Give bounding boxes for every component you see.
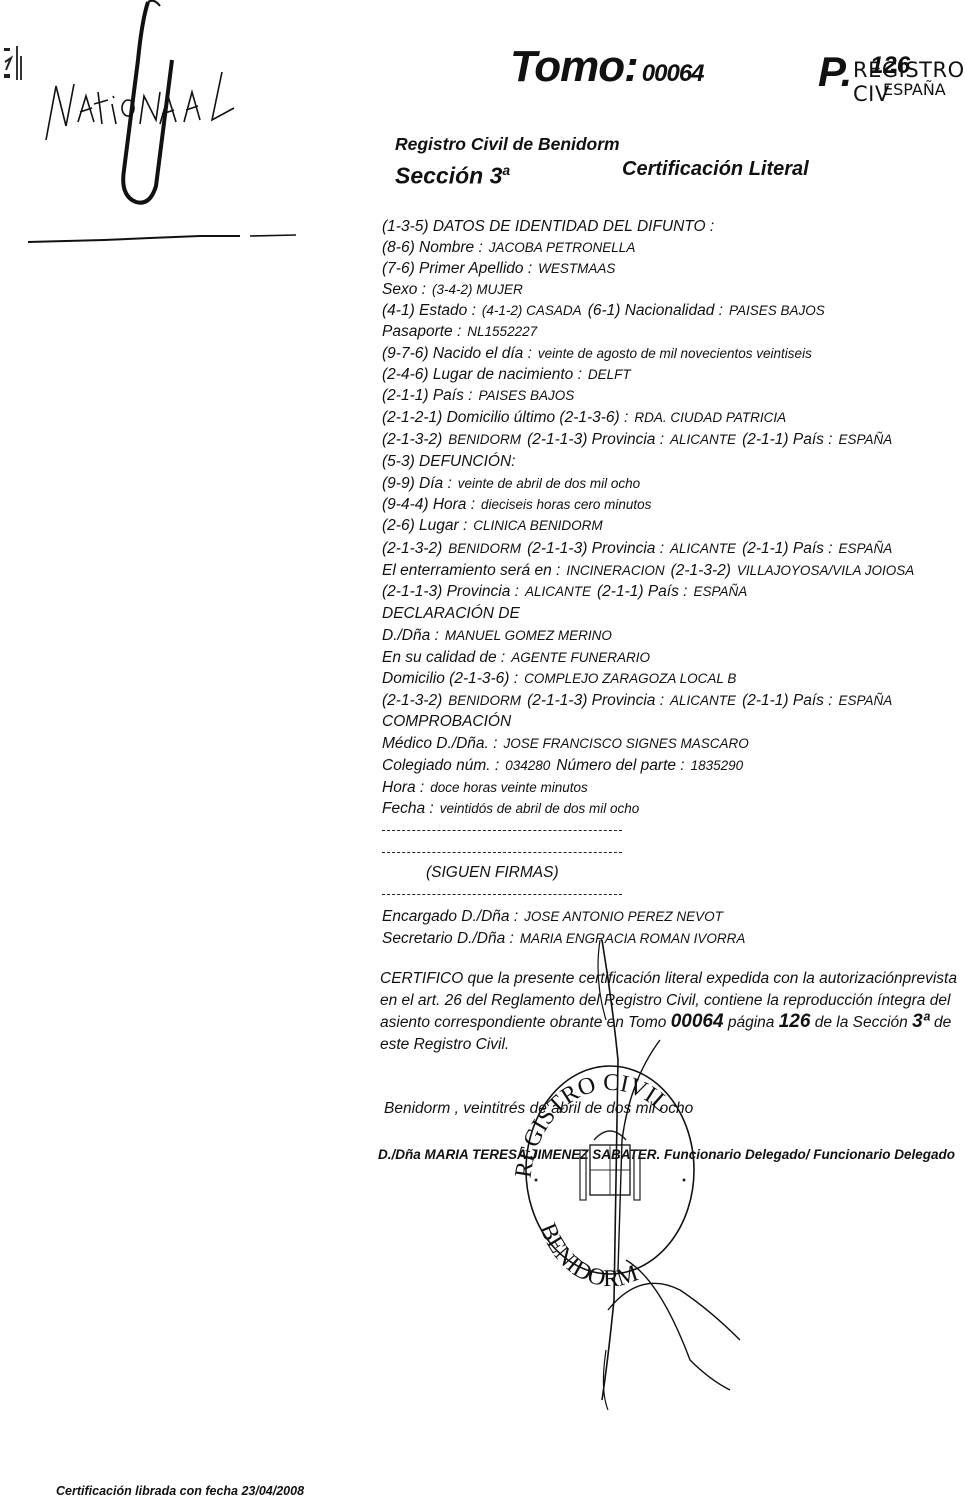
pais-label: (2-1-1) País : xyxy=(382,387,472,404)
domicilio-value: COMPLEJO ZARAGOZA LOCAL B xyxy=(524,671,736,686)
lugar-nac-label: (2-4-6) Lugar de nacimiento : xyxy=(382,366,582,383)
defuncion-municipio-row: (2-1-3-2)BENIDORM(2-1-1-3) Provincia :AL… xyxy=(382,540,892,558)
enterramiento-label: El enterramiento será en : xyxy=(382,562,560,579)
nombre-row: (8-6) Nombre :JACOBA PETRONELLA xyxy=(382,239,635,257)
official-stamp: REGISTRO CIVIL BENIDORM xyxy=(490,940,750,1420)
dashed-divider xyxy=(382,830,622,831)
certifico-text: de la Sección xyxy=(810,1014,912,1031)
parte-value: 1835290 xyxy=(691,758,744,773)
domicilio-row: (2-1-2-1) Domicilio último (2-1-3-6) :RD… xyxy=(382,409,786,427)
pasaporte-value: NL1552227 xyxy=(467,324,537,339)
nacido-row: (9-7-6) Nacido el día :veinte de agosto … xyxy=(382,345,812,363)
pais-value: PAISES BAJOS xyxy=(478,388,574,403)
domicilio-value: RDA. CIUDAD PATRICIA xyxy=(634,410,786,425)
pais-row: (2-1-1) País :PAISES BAJOS xyxy=(382,387,574,405)
pais2-value: ESPAÑA xyxy=(839,432,893,447)
lugar-nacimiento-row: (2-4-6) Lugar de nacimiento :DELFT xyxy=(382,366,631,384)
certifico-pagina: 126 xyxy=(779,1011,811,1032)
municipio-code: (2-1-3-2) xyxy=(382,540,442,557)
certifico-seccion: 3ª xyxy=(912,1011,930,1032)
pais-value: ESPAÑA xyxy=(839,693,893,708)
municipio-value: BENIDORM xyxy=(448,693,521,708)
ent-municipio-code: (2-1-3-2) xyxy=(671,562,731,579)
pagina-label: P. xyxy=(818,48,852,95)
pasaporte-row: Pasaporte :NL1552227 xyxy=(382,323,537,341)
handwriting-icon xyxy=(0,0,320,250)
apellido-row: (7-6) Primer Apellido :WESTMAAS xyxy=(382,260,615,278)
declarante-domicilio-row: Domicilio (2-1-3-6) :COMPLEJO ZARAGOZA L… xyxy=(382,670,736,688)
difunto-heading: (1-3-5) DATOS DE IDENTIDAD DEL DIFUNTO : xyxy=(382,218,714,236)
footer-note: Certificación librada con fecha 23/04/20… xyxy=(56,1484,304,1498)
dashed-divider xyxy=(382,894,622,895)
defuncion-heading: (5-3) DEFUNCIÓN: xyxy=(382,453,515,471)
nacionalidad-label: (6-1) Nacionalidad : xyxy=(588,302,723,319)
colegiado-label: Colegiado núm. : xyxy=(382,757,499,774)
ent-pais-value: ESPAÑA xyxy=(693,584,747,599)
fecha-label: Fecha : xyxy=(382,800,434,817)
nombre-value: JACOBA PETRONELLA xyxy=(489,240,636,255)
apellido-value: WESTMAAS xyxy=(538,261,615,276)
sexo-value: (3-4-2) MUJER xyxy=(432,282,523,297)
dia-value: veinte de abril de dos mil ocho xyxy=(458,476,640,491)
lugar-label: (2-6) Lugar : xyxy=(382,517,467,534)
enterramiento-value: INCINERACION xyxy=(566,563,664,578)
provincia-label: (2-1-1-3) Provincia : xyxy=(527,431,664,448)
municipio-code: (2-1-3-2) xyxy=(382,431,442,448)
defuncion-lugar-row: (2-6) Lugar :CLINICA BENIDORM xyxy=(382,517,603,535)
stamp-seal-icon: REGISTRO CIVIL BENIDORM xyxy=(490,940,750,1420)
municipio-value: BENIDORM xyxy=(448,432,521,447)
nombre-label: (8-6) Nombre : xyxy=(382,239,483,256)
provincia-label: (2-1-1-3) Provincia : xyxy=(527,540,664,557)
hora-value: dieciseis horas cero minutos xyxy=(481,497,651,512)
encargado-label: Encargado D./Dña : xyxy=(382,908,518,925)
encargado-value: JOSE ANTONIO PEREZ NEVOT xyxy=(524,909,723,924)
sexo-row: Sexo :(3-4-2) MUJER xyxy=(382,281,523,299)
hora-value: doce horas veinte minutos xyxy=(430,780,588,795)
colegiado-value: 034280 xyxy=(505,758,550,773)
ent-pais-label: (2-1-1) País : xyxy=(597,583,687,600)
provincia-value: ALICANTE xyxy=(670,693,736,708)
ent-provincia-label: (2-1-1-3) Provincia : xyxy=(382,583,519,600)
municipio-value: BENIDORM xyxy=(448,541,521,556)
colegiado-row: Colegiado núm. :034280Número del parte :… xyxy=(382,757,743,775)
sexo-label: Sexo : xyxy=(382,281,426,298)
pais-label: (2-1-1) País : xyxy=(742,692,832,709)
apellido-label: (7-6) Primer Apellido : xyxy=(382,260,532,277)
ent-provincia-value: ALICANTE xyxy=(525,584,591,599)
estado-row: (4-1) Estado :(4-1-2) CASADA(6-1) Nacion… xyxy=(382,302,825,320)
declarante-row: D./Dña :MANUEL GOMEZ MERINO xyxy=(382,627,612,645)
calidad-row: En su calidad de :AGENTE FUNERARIO xyxy=(382,649,650,667)
seccion-text: Sección 3 xyxy=(395,163,502,189)
estado-value: (4-1-2) CASADA xyxy=(482,303,582,318)
pasaporte-label: Pasaporte : xyxy=(382,323,461,340)
ent-municipio-value: VILLAJOYOSA/VILA JOIOSA xyxy=(737,563,914,578)
fecha-value: veintidós de abril de dos mil ocho xyxy=(440,801,640,816)
provincia-value: ALICANTE xyxy=(670,432,736,447)
lugar-nac-value: DELFT xyxy=(588,367,631,382)
enterramiento-provincia-row: (2-1-1-3) Provincia :ALICANTE(2-1-1) Paí… xyxy=(382,583,747,601)
siguen-firmas: (SIGUEN FIRMAS) xyxy=(426,864,559,882)
pais-label: (2-1-1) País : xyxy=(742,540,832,557)
svg-text:REGISTRO CIVIL: REGISTRO CIVIL xyxy=(510,1070,674,1180)
parte-label: Número del parte : xyxy=(556,757,684,774)
handwritten-annotation xyxy=(0,0,320,250)
pais2-label: (2-1-1) País : xyxy=(742,431,832,448)
domicilio-label: (2-1-2-1) Domicilio último (2-1-3-6) : xyxy=(382,409,628,426)
estado-label: (4-1) Estado : xyxy=(382,302,476,319)
dia-label: (9-9) Día : xyxy=(382,475,452,492)
nacido-value: veinte de agosto de mil novecientos vein… xyxy=(538,346,812,361)
nacionalidad-value: PAISES BAJOS xyxy=(729,303,825,318)
registro-title: Registro Civil de Benidorm xyxy=(395,134,620,155)
tomo-label: Tomo: xyxy=(510,42,638,91)
nacido-label: (9-7-6) Nacido el día : xyxy=(382,345,532,362)
provincia-value: ALICANTE xyxy=(670,541,736,556)
dna-label: D./Dña : xyxy=(382,627,439,644)
hora-label: (9-4-4) Hora : xyxy=(382,496,475,513)
defuncion-hora-row: (9-4-4) Hora :dieciseis horas cero minut… xyxy=(382,496,651,514)
medico-value: JOSE FRANCISCO SIGNES MASCARO xyxy=(503,736,748,751)
domicilio-label: Domicilio (2-1-3-6) : xyxy=(382,670,518,687)
calidad-value: AGENTE FUNERARIO xyxy=(511,650,650,665)
enterramiento-row: El enterramiento será en :INCINERACION(2… xyxy=(382,562,914,580)
medico-label: Médico D./Dña. : xyxy=(382,735,497,752)
tomo-heading: Tomo:00064 xyxy=(510,42,704,92)
calidad-label: En su calidad de : xyxy=(382,649,505,666)
defuncion-dia-row: (9-9) Día :veinte de abril de dos mil oc… xyxy=(382,475,640,493)
comprobacion-fecha-row: Fecha :veintidós de abril de dos mil och… xyxy=(382,800,639,818)
dashed-divider xyxy=(382,852,622,853)
medico-row: Médico D./Dña. :JOSE FRANCISCO SIGNES MA… xyxy=(382,735,749,753)
hora-label: Hora : xyxy=(382,779,424,796)
municipio-code: (2-1-3-2) xyxy=(382,692,442,709)
pagina-heading: P. 126 xyxy=(818,48,852,96)
dna-value: MANUEL GOMEZ MERINO xyxy=(445,628,612,643)
encargado-row: Encargado D./Dña :JOSE ANTONIO PEREZ NEV… xyxy=(382,908,723,926)
declaracion-heading: DECLARACIÓN DE xyxy=(382,605,520,623)
comprobacion-heading: COMPROBACIÓN xyxy=(382,713,511,731)
domicilio-municipio-row: (2-1-3-2)BENIDORM(2-1-1-3) Provincia :AL… xyxy=(382,431,892,449)
declarante-municipio-row: (2-1-3-2)BENIDORM(2-1-1-3) Provincia :AL… xyxy=(382,692,892,710)
seccion-sup: a xyxy=(502,162,510,178)
lugar-value: CLINICA BENIDORM xyxy=(473,518,602,533)
pais-value: ESPAÑA xyxy=(839,541,893,556)
certificacion-title: Certificación Literal xyxy=(622,158,809,181)
comprobacion-hora-row: Hora :doce horas veinte minutos xyxy=(382,779,588,797)
tomo-value: 00064 xyxy=(642,60,704,87)
seccion-title: Sección 3a xyxy=(395,162,510,190)
registros-stamp-line2: ESPAÑA xyxy=(883,80,946,99)
svg-text:BENIDORM: BENIDORM xyxy=(534,1220,641,1292)
provincia-label: (2-1-1-3) Provincia : xyxy=(527,692,664,709)
